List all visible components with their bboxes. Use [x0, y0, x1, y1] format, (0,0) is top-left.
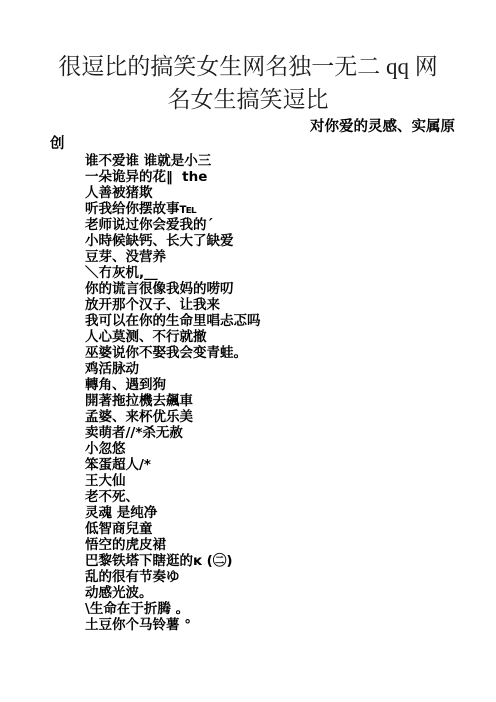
list-item: 巫婆说你不娶我会变青蛙。	[85, 345, 456, 361]
list-item: ＼冇灰机,__	[85, 265, 456, 281]
title-line-1: 很逗比的搞笑女生网名独一无二 qq 网	[46, 50, 450, 83]
list-item: 笨蛋超人/*	[85, 457, 456, 473]
list-item: 小時候缺钙、长大了缺爱	[85, 233, 456, 249]
list-item: 鸡活脉动	[85, 361, 456, 377]
list-item: 轉角、遇到狗	[85, 377, 456, 393]
list-item: 低智商兒童	[85, 521, 456, 537]
list-item: 人善被猪欺	[85, 185, 456, 201]
nickname-list: 谁不爱谁 谁就是小三一朵诡异的花‖ the人善被猪欺听我给你摆故事℡老师说过你会…	[85, 153, 456, 633]
list-item: 动感光波。	[85, 585, 456, 601]
title-line-2: 名女生搞笑逗比	[46, 83, 450, 116]
list-item: 卖萌者//*杀无赦	[85, 425, 456, 441]
list-item: \生命在于折腾 。	[85, 601, 456, 617]
byline-line-1: 对你爱的灵感、实属原	[50, 119, 455, 136]
list-item: 乱的很有节奏ゆ	[85, 569, 456, 585]
byline-line-2: 创	[50, 136, 455, 153]
list-item: 灵魂 是纯净	[85, 505, 456, 521]
list-item: 老师说过你会爱我的ˊ	[85, 217, 456, 233]
list-item: 人心莫测、不行就撤	[85, 329, 456, 345]
list-item: 一朵诡异的花‖ the	[85, 169, 456, 185]
document-page: 很逗比的搞笑女生网名独一无二 qq 网 名女生搞笑逗比 对你爱的灵感、实属原 创…	[0, 0, 496, 702]
list-item: 小忽悠	[85, 441, 456, 457]
list-item: 土豆你个马铃薯 °	[85, 617, 456, 633]
list-item: 悟空的虎皮裙	[85, 537, 456, 553]
list-item: 王大仙	[85, 473, 456, 489]
list-item: 你的谎言很像我妈的唠叨	[85, 281, 456, 297]
list-item: 孟婆、来杯优乐美	[85, 409, 456, 425]
list-item: 放开那个汉子、让我来	[85, 297, 456, 313]
list-item: 開著拖拉機去飆車	[85, 393, 456, 409]
list-item: 豆芽、没营养	[85, 249, 456, 265]
document-title: 很逗比的搞笑女生网名独一无二 qq 网 名女生搞笑逗比	[46, 50, 450, 116]
list-item: 老不死、	[85, 489, 456, 505]
list-item: 谁不爱谁 谁就是小三	[85, 153, 456, 169]
list-item: 我可以在你的生命里唱忐忑吗	[85, 313, 456, 329]
list-item: 听我给你摆故事℡	[85, 201, 456, 217]
list-item: 巴黎铁塔下瞎逛的ĸ (㊁)	[85, 553, 456, 569]
